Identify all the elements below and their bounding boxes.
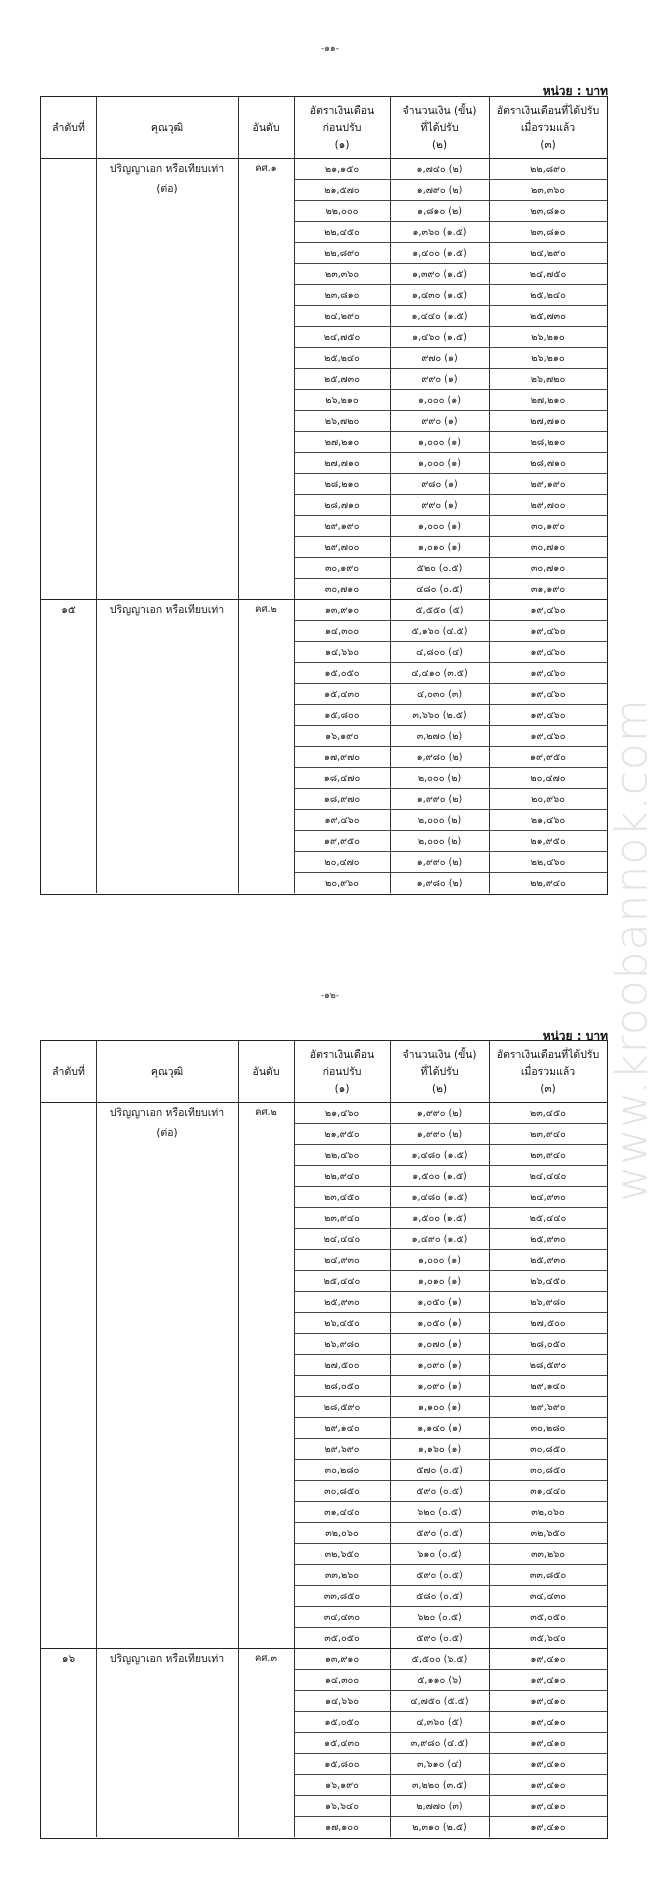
salary-table: ลำดับที่คุณวุฒิอันดับอัตราเงินเดือนก่อนป… <box>40 1040 608 1839</box>
salary-after: ๒๔,๔๔๐ <box>489 1166 607 1187</box>
salary-after: ๒๔,๙๓๐ <box>489 1187 607 1208</box>
salary-after: ๑๙,๔๖๐ <box>489 684 607 705</box>
salary-after: ๒๘,๐๕๐ <box>489 1334 607 1355</box>
salary-before: ๓๐,๒๘๐ <box>294 1460 390 1481</box>
salary-after: ๒๓,๘๑๐ <box>489 201 607 222</box>
table-row: ๒๑,๙๕๐๑,๙๙๐ (๒)๒๓,๙๔๐ <box>294 1124 607 1145</box>
increase-amount: ๑,๙๙๐ (๒) <box>390 789 489 810</box>
header-after-line: อัตราเงินเดือนที่ได้ปรับ <box>497 1047 599 1064</box>
increase-amount: ๑,๔๔๐ (๑.๕) <box>390 306 489 327</box>
table-row: ๒๗,๕๐๐๑,๐๙๐ (๑)๒๘,๕๙๐ <box>294 1355 607 1376</box>
salary-after: ๑๙,๙๕๐ <box>489 747 607 768</box>
salary-before: ๒๙,๑๙๐ <box>294 516 390 537</box>
increase-amount: ๑,๐๙๐ (๑) <box>390 1355 489 1376</box>
header-rank: อันดับ <box>238 1041 294 1103</box>
header-qualification: คุณวุฒิ <box>96 97 238 159</box>
salary-table: ลำดับที่คุณวุฒิอันดับอัตราเงินเดือนก่อนป… <box>40 96 608 895</box>
increase-amount: ๔,๓๖๐ (๕) <box>390 1712 489 1733</box>
salary-before: ๒๔,๒๙๐ <box>294 306 390 327</box>
table-row: ๒๒,๙๔๐๑,๕๐๐ (๑.๕)๒๔,๔๔๐ <box>294 1166 607 1187</box>
salary-after: ๑๙,๔๖๐ <box>489 600 607 621</box>
salary-before: ๒๔,๙๓๐ <box>294 1250 390 1271</box>
salary-after: ๒๒,๙๔๐ <box>489 873 607 894</box>
table-row: ๒๖,๗๒๐๙๙๐ (๑)๒๗,๗๑๐ <box>294 411 607 432</box>
salary-after: ๓๓,๒๖๐ <box>489 1544 607 1565</box>
salary-after: ๑๙,๔๖๐ <box>489 663 607 684</box>
header-before-line: ก่อนปรับ <box>323 120 362 137</box>
salary-after: ๑๙,๔๑๐ <box>489 1712 607 1733</box>
salary-after: ๒๗,๕๐๐ <box>489 1313 607 1334</box>
salary-after: ๒๙,๖๙๐ <box>489 1397 607 1418</box>
increase-amount: ๖๒๐ (๐.๕) <box>390 1607 489 1628</box>
table-row: ๒๓,๙๔๐๑,๕๐๐ (๑.๕)๒๕,๔๔๐ <box>294 1208 607 1229</box>
salary-before: ๒๒,๔๖๐ <box>294 1145 390 1166</box>
table-row: ๑๔,๖๖๐๔,๗๕๐ (๕.๕)๑๙,๔๑๐ <box>294 1691 607 1712</box>
salary-before: ๒๐,๔๗๐ <box>294 852 390 873</box>
increase-amount: ๑,๐๑๐ (๑) <box>390 537 489 558</box>
salary-after: ๓๓,๘๕๐ <box>489 1565 607 1586</box>
increase-amount: ๑,๐๐๐ (๑) <box>390 1250 489 1271</box>
table-row: ๓๐,๒๘๐๕๗๐ (๐.๕)๓๐,๘๕๐ <box>294 1460 607 1481</box>
table-row: ๒๔,๔๔๐๑,๔๙๐ (๑.๕)๒๕,๙๓๐ <box>294 1229 607 1250</box>
watermark: www.kroobannok.com <box>607 698 658 1201</box>
table-row: ๒๓,๘๑๐๑,๔๓๐ (๑.๕)๒๕,๒๔๐ <box>294 285 607 306</box>
increase-amount: ๒,๐๐๐ (๒) <box>390 810 489 831</box>
salary-after: ๒๒,๔๖๐ <box>489 852 607 873</box>
salary-after: ๓๐,๘๕๐ <box>489 1460 607 1481</box>
increase-amount: ๑,๘๑๐ (๒) <box>390 201 489 222</box>
salary-before: ๒๒,๐๐๐ <box>294 201 390 222</box>
header-after-line: (๓) <box>540 137 555 154</box>
qualification-line: (ต่อ) <box>96 1123 238 1143</box>
salary-before: ๑๗,๙๗๐ <box>294 747 390 768</box>
salary-before: ๑๓,๙๑๐ <box>294 1649 390 1670</box>
header-rank: อันดับ <box>238 97 294 159</box>
header-amount-line: ที่ได้ปรับ <box>421 120 459 137</box>
table-row: ๒๕,๗๓๐๙๙๐ (๑)๒๖,๗๒๐ <box>294 369 607 390</box>
salary-before: ๑๕,๘๐๐ <box>294 1754 390 1775</box>
increase-amount: ๕๘๐ (๐.๕) <box>390 1586 489 1607</box>
increase-amount: ๑,๐๐๐ (๑) <box>390 453 489 474</box>
header-after-line: เมื่อรวมแล้ว <box>521 120 575 137</box>
salary-before: ๑๖,๖๔๐ <box>294 1796 390 1817</box>
salary-before: ๓๓,๘๕๐ <box>294 1586 390 1607</box>
salary-after: ๒๑,๙๕๐ <box>489 831 607 852</box>
salary-before: ๒๓,๔๕๐ <box>294 1187 390 1208</box>
header-qualification: คุณวุฒิ <box>96 1041 238 1103</box>
increase-amount: ๑,๙๘๐ (๒) <box>390 747 489 768</box>
table-row: ๑๕,๘๐๐๓,๖๖๐ (๒.๕)๑๙,๔๖๐ <box>294 705 607 726</box>
table-row: ๒๔,๙๓๐๑,๐๐๐ (๑)๒๕,๙๓๐ <box>294 1250 607 1271</box>
table-row: ๒๓,๓๖๐๑,๓๙๐ (๑.๕)๒๔,๗๕๐ <box>294 264 607 285</box>
salary-before: ๑๓,๙๑๐ <box>294 600 390 621</box>
table-row: ๓๓,๒๖๐๕๙๐ (๐.๕)๓๓,๘๕๐ <box>294 1565 607 1586</box>
salary-before: ๒๗,๗๑๐ <box>294 453 390 474</box>
increase-amount: ๑,๑๖๐ (๑) <box>390 1439 489 1460</box>
salary-before: ๒๙,๖๙๐ <box>294 1439 390 1460</box>
table-row: ๑๖,๑๙๐๓,๒๒๐ (๓.๕)๑๙,๔๑๐ <box>294 1775 607 1796</box>
salary-after: ๒๒,๘๙๐ <box>489 159 607 180</box>
salary-before: ๒๕,๒๔๐ <box>294 348 390 369</box>
salary-after: ๓๒,๖๕๐ <box>489 1523 607 1544</box>
increase-amount: ๔,๔๑๐ (๓.๕) <box>390 663 489 684</box>
header-after-line: อัตราเงินเดือนที่ได้ปรับ <box>497 103 599 120</box>
increase-amount: ๒,๓๑๐ (๒.๕) <box>390 1817 489 1838</box>
salary-before: ๒๑,๑๕๐ <box>294 159 390 180</box>
salary-after: ๑๙,๔๖๐ <box>489 642 607 663</box>
salary-before: ๒๒,๙๔๐ <box>294 1166 390 1187</box>
increase-amount: ๙๗๐ (๑) <box>390 348 489 369</box>
table-row: ๑๕,๔๓๐๓,๙๘๐ (๔.๕)๑๙,๔๑๐ <box>294 1733 607 1754</box>
salary-before: ๑๔,๓๐๐ <box>294 621 390 642</box>
salary-after: ๒๗,๒๑๐ <box>489 390 607 411</box>
table-row: ๒๖,๙๘๐๑,๐๗๐ (๑)๒๘,๐๕๐ <box>294 1334 607 1355</box>
salary-after: ๓๐,๘๕๐ <box>489 1439 607 1460</box>
salary-before: ๒๘,๗๑๐ <box>294 495 390 516</box>
salary-after: ๒๗,๗๑๐ <box>489 411 607 432</box>
increase-amount: ๑,๓๖๐ (๑.๕) <box>390 222 489 243</box>
increase-amount: ๑,๙๙๐ (๒) <box>390 1103 489 1124</box>
table-row: ๑๖,๑๙๐๓,๒๗๐ (๒)๑๙,๔๖๐ <box>294 726 607 747</box>
increase-amount: ๑,๐๐๐ (๑) <box>390 432 489 453</box>
salary-after: ๒๐,๔๗๐ <box>489 768 607 789</box>
table-row: ๑๕,๘๐๐๓,๖๑๐ (๔)๑๙,๔๑๐ <box>294 1754 607 1775</box>
increase-amount: ๕,๕๕๐ (๕) <box>390 600 489 621</box>
salary-after: ๑๙,๔๑๐ <box>489 1691 607 1712</box>
table-row: ๒๕,๙๓๐๑,๐๕๐ (๑)๒๖,๙๘๐ <box>294 1292 607 1313</box>
table-row: ๒๒,๘๙๐๑,๔๐๐ (๑.๕)๒๔,๒๙๐ <box>294 243 607 264</box>
increase-amount: ๑,๙๙๐ (๒) <box>390 1124 489 1145</box>
salary-after: ๑๙,๔๖๐ <box>489 726 607 747</box>
salary-before: ๒๘,๒๑๐ <box>294 474 390 495</box>
header-before: อัตราเงินเดือนก่อนปรับ(๑) <box>294 1041 390 1103</box>
header-before-line: ก่อนปรับ <box>323 1064 362 1081</box>
table-row: ๑๔,๖๖๐๔,๘๐๐ (๔)๑๙,๔๖๐ <box>294 642 607 663</box>
increase-amount: ๒,๗๗๐ (๓) <box>390 1796 489 1817</box>
increase-amount: ๕๙๐ (๐.๕) <box>390 1523 489 1544</box>
group-rank: คศ.๒ <box>238 600 294 620</box>
table-row: ๑๘,๔๗๐๒,๐๐๐ (๒)๒๐,๔๗๐ <box>294 768 607 789</box>
salary-after: ๓๕,๐๕๐ <box>489 1607 607 1628</box>
salary-before: ๑๗,๑๐๐ <box>294 1817 390 1838</box>
salary-after: ๑๙,๔๑๐ <box>489 1670 607 1691</box>
salary-after: ๒๐,๙๖๐ <box>489 789 607 810</box>
table-row: ๒๒,๔๕๐๑,๓๖๐ (๑.๕)๒๓,๘๑๐ <box>294 222 607 243</box>
increase-amount: ๙๙๐ (๑) <box>390 369 489 390</box>
salary-after: ๒๙,๑๔๐ <box>489 1376 607 1397</box>
salary-before: ๒๙,๗๐๐ <box>294 537 390 558</box>
table-row: ๒๓,๔๕๐๑,๔๘๐ (๑.๕)๒๔,๙๓๐ <box>294 1187 607 1208</box>
increase-amount: ๙๙๐ (๑) <box>390 495 489 516</box>
increase-amount: ๕๙๐ (๐.๕) <box>390 1565 489 1586</box>
group-rank: คศ.๑ <box>238 159 294 179</box>
salary-after: ๓๐,๗๑๐ <box>489 537 607 558</box>
table-row: ๒๙,๗๐๐๑,๐๑๐ (๑)๓๐,๗๑๐ <box>294 537 607 558</box>
header-after-line: เมื่อรวมแล้ว <box>521 1064 575 1081</box>
header-qualification-line: คุณวุฒิ <box>151 120 183 137</box>
salary-before: ๒๖,๗๒๐ <box>294 411 390 432</box>
salary-before: ๒๖,๒๑๐ <box>294 390 390 411</box>
salary-after: ๒๔,๒๙๐ <box>489 243 607 264</box>
salary-before: ๒๑,๕๗๐ <box>294 180 390 201</box>
salary-before: ๒๓,๘๑๐ <box>294 285 390 306</box>
salary-after: ๑๙,๔๑๐ <box>489 1733 607 1754</box>
header-rank-line: อันดับ <box>253 1064 280 1081</box>
table-row: ๓๒,๐๖๐๕๙๐ (๐.๕)๓๒,๖๕๐ <box>294 1523 607 1544</box>
salary-before: ๒๕,๗๓๐ <box>294 369 390 390</box>
salary-after: ๑๙,๔๖๐ <box>489 621 607 642</box>
table-row: ๒๒,๔๖๐๑,๔๘๐ (๑.๕)๒๓,๙๔๐ <box>294 1145 607 1166</box>
header-amount-line: ที่ได้ปรับ <box>421 1064 459 1081</box>
increase-amount: ๙๙๐ (๑) <box>390 411 489 432</box>
table-row: ๓๑,๔๔๐๖๒๐ (๐.๕)๓๒,๐๖๐ <box>294 1502 607 1523</box>
increase-amount: ๒,๐๐๐ (๒) <box>390 831 489 852</box>
increase-amount: ๑,๗๙๐ (๒) <box>390 180 489 201</box>
increase-amount: ๑,๐๑๐ (๑) <box>390 1271 489 1292</box>
increase-amount: ๑,๐๗๐ (๑) <box>390 1334 489 1355</box>
table-row: ๒๐,๔๗๐๑,๙๙๐ (๒)๒๒,๔๖๐ <box>294 852 607 873</box>
increase-amount: ๔๘๐ (๐.๕) <box>390 579 489 600</box>
table-row: ๒๖,๔๕๐๑,๐๕๐ (๑)๒๗,๕๐๐ <box>294 1313 607 1334</box>
increase-amount: ๑,๐๐๐ (๑) <box>390 516 489 537</box>
salary-before: ๓๒,๐๖๐ <box>294 1523 390 1544</box>
header-before-line: อัตราเงินเดือน <box>310 103 374 120</box>
salary-after: ๒๓,๘๑๐ <box>489 222 607 243</box>
group-qualification: ปริญญาเอก หรือเทียบเท่า(ต่อ) <box>96 1103 238 1143</box>
salary-after: ๑๙,๔๑๐ <box>489 1817 607 1838</box>
table-row: ๒๘,๗๑๐๙๙๐ (๑)๒๙,๗๐๐ <box>294 495 607 516</box>
page-number: -๑๑- <box>0 41 660 55</box>
salary-after: ๒๖,๒๑๐ <box>489 327 607 348</box>
salary-after: ๓๐,๑๙๐ <box>489 516 607 537</box>
table-row: ๒๘,๐๕๐๑,๐๙๐ (๑)๒๙,๑๔๐ <box>294 1376 607 1397</box>
salary-after: ๒๓,๔๕๐ <box>489 1103 607 1124</box>
increase-amount: ๑,๔๖๐ (๑.๕) <box>390 327 489 348</box>
group-order: ๑๖ <box>41 1649 96 1669</box>
increase-amount: ๙๘๐ (๑) <box>390 474 489 495</box>
salary-after: ๑๙,๔๖๐ <box>489 705 607 726</box>
salary-after: ๓๑,๑๙๐ <box>489 579 607 600</box>
increase-amount: ๑,๐๙๐ (๑) <box>390 1376 489 1397</box>
increase-amount: ๔,๗๕๐ (๕.๕) <box>390 1691 489 1712</box>
table-row: ๓๓,๘๕๐๕๘๐ (๐.๕)๓๔,๔๓๐ <box>294 1586 607 1607</box>
salary-before: ๒๒,๘๙๐ <box>294 243 390 264</box>
salary-after: ๑๙,๔๑๐ <box>489 1754 607 1775</box>
salary-before: ๑๖,๑๙๐ <box>294 726 390 747</box>
salary-after: ๒๓,๓๖๐ <box>489 180 607 201</box>
header-before-line: อัตราเงินเดือน <box>310 1047 374 1064</box>
table-row: ๑๔,๓๐๐๕,๑๖๐ (๔.๕)๑๙,๔๖๐ <box>294 621 607 642</box>
salary-after: ๒๖,๒๑๐ <box>489 348 607 369</box>
table-row: ๑๗,๑๐๐๒,๓๑๐ (๒.๕)๑๙,๔๑๐ <box>294 1817 607 1838</box>
increase-amount: ๔,๐๓๐ (๓) <box>390 684 489 705</box>
salary-before: ๑๙,๙๕๐ <box>294 831 390 852</box>
table-row: ๒๕,๒๔๐๙๗๐ (๑)๒๖,๒๑๐ <box>294 348 607 369</box>
increase-amount: ๕๗๐ (๐.๕) <box>390 1460 489 1481</box>
table-row: ๑๖,๖๔๐๒,๗๗๐ (๓)๑๙,๔๑๐ <box>294 1796 607 1817</box>
salary-after: ๓๐,๒๘๐ <box>489 1418 607 1439</box>
increase-amount: ๑,๙๘๐ (๒) <box>390 873 489 894</box>
salary-before: ๒๘,๕๙๐ <box>294 1397 390 1418</box>
increase-amount: ๓,๖๑๐ (๔) <box>390 1754 489 1775</box>
salary-before: ๑๔,๓๐๐ <box>294 1670 390 1691</box>
table-row: ๑๕,๐๕๐๔,๔๑๐ (๓.๕)๑๙,๔๖๐ <box>294 663 607 684</box>
header-before: อัตราเงินเดือนก่อนปรับ(๑) <box>294 97 390 159</box>
salary-before: ๓๐,๘๕๐ <box>294 1481 390 1502</box>
increase-amount: ๑,๕๐๐ (๑.๕) <box>390 1208 489 1229</box>
increase-amount: ๕๒๐ (๐.๕) <box>390 558 489 579</box>
increase-amount: ๑,๑๐๐ (๑) <box>390 1397 489 1418</box>
salary-before: ๓๕,๐๕๐ <box>294 1628 390 1649</box>
qualification-line: (ต่อ) <box>96 179 238 199</box>
salary-before: ๒๐,๙๖๐ <box>294 873 390 894</box>
increase-amount: ๑,๔๐๐ (๑.๕) <box>390 243 489 264</box>
salary-after: ๓๐,๗๑๐ <box>489 558 607 579</box>
table-row: ๒๑,๑๕๐๑,๗๔๐ (๒)๒๒,๘๙๐ <box>294 159 607 180</box>
salary-after: ๒๘,๗๑๐ <box>489 453 607 474</box>
salary-before: ๒๙,๑๔๐ <box>294 1418 390 1439</box>
increase-amount: ๑,๔๘๐ (๑.๕) <box>390 1145 489 1166</box>
header-rank-line: อันดับ <box>253 120 280 137</box>
header-after-line: (๓) <box>540 1081 555 1098</box>
salary-after: ๒๓,๙๔๐ <box>489 1124 607 1145</box>
increase-amount: ๕,๑๖๐ (๔.๕) <box>390 621 489 642</box>
increase-amount: ๓,๒๗๐ (๒) <box>390 726 489 747</box>
header-amount-line: (๒) <box>432 1081 447 1098</box>
salary-before: ๒๘,๐๕๐ <box>294 1376 390 1397</box>
increase-amount: ๑,๐๕๐ (๑) <box>390 1313 489 1334</box>
salary-before: ๑๘,๔๗๐ <box>294 768 390 789</box>
header-order-line: ลำดับที่ <box>52 120 85 137</box>
table-row: ๑๗,๙๗๐๑,๙๘๐ (๒)๑๙,๙๕๐ <box>294 747 607 768</box>
salary-before: ๑๕,๘๐๐ <box>294 705 390 726</box>
group-order: ๑๕ <box>41 600 96 620</box>
increase-amount: ๑,๔๙๐ (๑.๕) <box>390 1229 489 1250</box>
increase-amount: ๑,๐๕๐ (๑) <box>390 1292 489 1313</box>
header-before-line: (๑) <box>335 1081 350 1098</box>
increase-amount: ๓,๙๘๐ (๔.๕) <box>390 1733 489 1754</box>
salary-before: ๒๗,๒๑๐ <box>294 432 390 453</box>
group-qualification: ปริญญาเอก หรือเทียบเท่า(ต่อ) <box>96 159 238 199</box>
header-after: อัตราเงินเดือนที่ได้ปรับเมื่อรวมแล้ว(๓) <box>489 1041 607 1103</box>
salary-after: ๒๔,๗๕๐ <box>489 264 607 285</box>
increase-amount: ๓,๖๖๐ (๒.๕) <box>390 705 489 726</box>
qualification-line: ปริญญาเอก หรือเทียบเท่า <box>96 159 238 179</box>
group-qualification: ปริญญาเอก หรือเทียบเท่า <box>96 1649 238 1669</box>
salary-after: ๒๖,๗๒๐ <box>489 369 607 390</box>
salary-after: ๑๙,๔๑๐ <box>489 1796 607 1817</box>
salary-after: ๒๕,๙๓๐ <box>489 1229 607 1250</box>
salary-after: ๓๔,๔๓๐ <box>489 1586 607 1607</box>
salary-before: ๒๖,๙๘๐ <box>294 1334 390 1355</box>
salary-after: ๒๕,๗๓๐ <box>489 306 607 327</box>
table-row: ๓๐,๑๙๐๕๒๐ (๐.๕)๓๐,๗๑๐ <box>294 558 607 579</box>
salary-before: ๒๖,๔๕๐ <box>294 1313 390 1334</box>
increase-amount: ๖๑๐ (๐.๕) <box>390 1544 489 1565</box>
table-row: ๑๓,๙๑๐๕,๕๕๐ (๕)๑๙,๔๖๐ <box>294 600 607 621</box>
salary-before: ๒๗,๕๐๐ <box>294 1355 390 1376</box>
salary-after: ๑๙,๔๑๐ <box>489 1649 607 1670</box>
table-row: ๒๙,๖๙๐๑,๑๖๐ (๑)๓๐,๘๕๐ <box>294 1439 607 1460</box>
page-number: -๑๒- <box>0 988 660 1002</box>
table-row: ๒๗,๒๑๐๑,๐๐๐ (๑)๒๘,๒๑๐ <box>294 432 607 453</box>
header-order: ลำดับที่ <box>41 97 96 159</box>
table-row: ๓๐,๗๑๐๔๘๐ (๐.๕)๓๑,๑๙๐ <box>294 579 607 600</box>
group-rank: คศ.๓ <box>238 1649 294 1669</box>
salary-before: ๒๕,๙๓๐ <box>294 1292 390 1313</box>
increase-amount: ๑,๕๐๐ (๑.๕) <box>390 1166 489 1187</box>
increase-amount: ๖๒๐ (๐.๕) <box>390 1502 489 1523</box>
group-qualification: ปริญญาเอก หรือเทียบเท่า <box>96 600 238 620</box>
header-amount: จำนวนเงิน (ขั้น)ที่ได้ปรับ(๒) <box>390 97 489 159</box>
group-rank: คศ.๒ <box>238 1103 294 1123</box>
header-amount-line: (๒) <box>432 137 447 154</box>
header-amount-line: จำนวนเงิน (ขั้น) <box>402 1047 476 1064</box>
table-row: ๑๙,๔๖๐๒,๐๐๐ (๒)๒๑,๔๖๐ <box>294 810 607 831</box>
table-row: ๒๙,๑๙๐๑,๐๐๐ (๑)๓๐,๑๙๐ <box>294 516 607 537</box>
increase-amount: ๔,๘๐๐ (๔) <box>390 642 489 663</box>
salary-after: ๑๙,๔๑๐ <box>489 1775 607 1796</box>
salary-after: ๒๖,๔๕๐ <box>489 1271 607 1292</box>
qualification-line: ปริญญาเอก หรือเทียบเท่า <box>96 600 238 620</box>
table-header: ลำดับที่คุณวุฒิอันดับอัตราเงินเดือนก่อนป… <box>41 97 607 159</box>
table-row: ๓๒,๖๕๐๖๑๐ (๐.๕)๓๓,๒๖๐ <box>294 1544 607 1565</box>
header-amount: จำนวนเงิน (ขั้น)ที่ได้ปรับ(๒) <box>390 1041 489 1103</box>
increase-amount: ๓,๒๒๐ (๓.๕) <box>390 1775 489 1796</box>
salary-after: ๒๖,๙๘๐ <box>489 1292 607 1313</box>
salary-before: ๒๔,๗๕๐ <box>294 327 390 348</box>
salary-before: ๑๕,๔๓๐ <box>294 1733 390 1754</box>
salary-after: ๓๒,๐๖๐ <box>489 1502 607 1523</box>
salary-after: ๒๘,๕๙๐ <box>489 1355 607 1376</box>
header-after: อัตราเงินเดือนที่ได้ปรับเมื่อรวมแล้ว(๓) <box>489 97 607 159</box>
table-row: ๒๑,๕๗๐๑,๗๙๐ (๒)๒๓,๓๖๐ <box>294 180 607 201</box>
salary-after: ๒๕,๙๓๐ <box>489 1250 607 1271</box>
increase-amount: ๕๙๐ (๐.๕) <box>390 1628 489 1649</box>
increase-amount: ๑,๐๐๐ (๑) <box>390 390 489 411</box>
increase-amount: ๑,๙๙๐ (๒) <box>390 852 489 873</box>
increase-amount: ๕๙๐ (๐.๕) <box>390 1481 489 1502</box>
salary-before: ๓๑,๔๔๐ <box>294 1502 390 1523</box>
salary-before: ๒๓,๓๖๐ <box>294 264 390 285</box>
table-row: ๒๔,๒๙๐๑,๔๔๐ (๑.๕)๒๕,๗๓๐ <box>294 306 607 327</box>
salary-before: ๒๑,๔๖๐ <box>294 1103 390 1124</box>
salary-after: ๒๑,๔๖๐ <box>489 810 607 831</box>
increase-amount: ๑,๔๘๐ (๑.๕) <box>390 1187 489 1208</box>
table-row: ๒๕,๔๔๐๑,๐๑๐ (๑)๒๖,๔๕๐ <box>294 1271 607 1292</box>
table-row: ๓๔,๔๓๐๖๒๐ (๐.๕)๓๕,๐๕๐ <box>294 1607 607 1628</box>
table-row: ๑๓,๙๑๐๕,๕๐๐ (๖.๕)๑๙,๔๑๐ <box>294 1649 607 1670</box>
salary-after: ๒๘,๒๑๐ <box>489 432 607 453</box>
header-before-line: (๑) <box>335 137 350 154</box>
increase-amount: ๕,๕๐๐ (๖.๕) <box>390 1649 489 1670</box>
salary-before: ๒๑,๙๕๐ <box>294 1124 390 1145</box>
table-row: ๓๕,๐๕๐๕๙๐ (๐.๕)๓๕,๖๔๐ <box>294 1628 607 1649</box>
salary-before: ๑๙,๔๖๐ <box>294 810 390 831</box>
table-row: ๒๗,๗๑๐๑,๐๐๐ (๑)๒๘,๗๑๐ <box>294 453 607 474</box>
table-row: ๑๔,๓๐๐๕,๑๑๐ (๖)๑๙,๔๑๐ <box>294 1670 607 1691</box>
table-header: ลำดับที่คุณวุฒิอันดับอัตราเงินเดือนก่อนป… <box>41 1041 607 1103</box>
increase-amount: ๒,๐๐๐ (๒) <box>390 768 489 789</box>
table-row: ๒๐,๙๖๐๑,๙๘๐ (๒)๒๒,๙๔๐ <box>294 873 607 894</box>
salary-after: ๒๕,๒๔๐ <box>489 285 607 306</box>
salary-before: ๑๕,๔๓๐ <box>294 684 390 705</box>
salary-before: ๑๔,๖๖๐ <box>294 642 390 663</box>
table-row: ๒๖,๒๑๐๑,๐๐๐ (๑)๒๗,๒๑๐ <box>294 390 607 411</box>
qualification-line: ปริญญาเอก หรือเทียบเท่า <box>96 1649 238 1669</box>
increase-amount: ๕,๑๑๐ (๖) <box>390 1670 489 1691</box>
salary-after: ๒๓,๙๔๐ <box>489 1145 607 1166</box>
